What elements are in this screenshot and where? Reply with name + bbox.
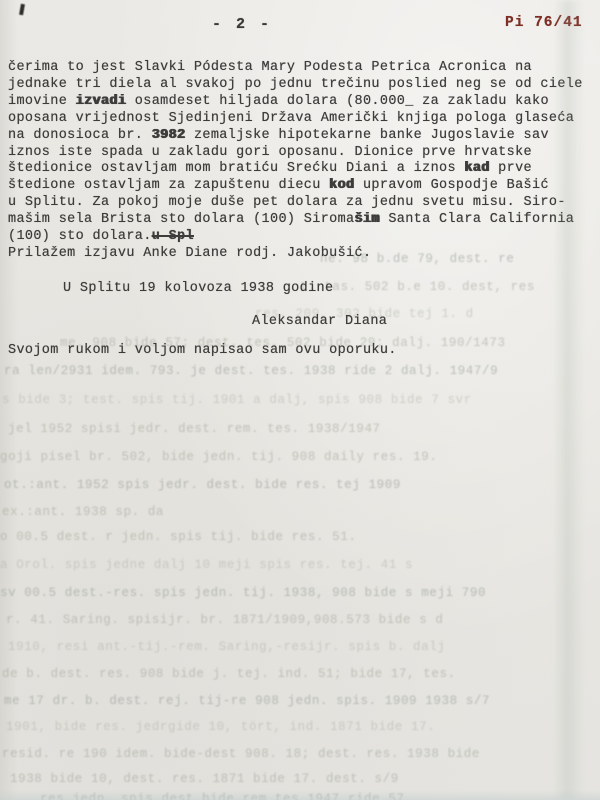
overtyped-text: kod	[329, 178, 354, 193]
ghost-text-line: de b. dest. res. 908 bide j. tej. ind. 5…	[2, 667, 456, 681]
text-segment: zemaljske hipotekarne banke Jugoslavie s…	[186, 128, 549, 143]
ghost-text-line: o 00.5 dest. r jedn. spis tij. bide res.…	[0, 530, 356, 544]
text-segment: u Splitu. Za pokoj moje duše pet dolara …	[8, 195, 566, 210]
text-segment: Santa Clara California	[380, 212, 574, 227]
text-line: iznos iste spada u zakladu gori oposanu.…	[8, 145, 598, 162]
page-number: - 2 -	[212, 16, 272, 33]
overtyped-text: šim	[355, 212, 380, 227]
overtyped-text: 3982	[152, 128, 186, 143]
text-segment: štedionice ostavljam mom bratiću Srećku …	[8, 161, 464, 176]
scanned-document-page: - 2 - Pi 76/41 ne. 98 b.de 79, dest. ret…	[0, 0, 600, 800]
ghost-text-line: s bide 3; test. spis tij. 1901 a dalj, s…	[2, 393, 472, 407]
text-line: na donosioca br. 3982 zemaljske hipoteka…	[8, 128, 598, 145]
signature-name: Aleksandar Diana	[252, 314, 387, 329]
ghost-text-line: r. 41. Saring. spisijr. br. 1871/1909,90…	[6, 613, 443, 627]
ghost-text-line: 1938 bide 10, dest. res. 1871 bide 17. d…	[10, 772, 399, 786]
text-segment: na donosioca br.	[8, 128, 152, 143]
text-line: štedione ostavljam za zapuštenu diecu ko…	[8, 178, 598, 195]
document-body: čerima to jest Slavki Pódesta Mary Podes…	[8, 60, 598, 263]
text-segment: Prilažem izjavu Anke Diane rodj. Jakobuš…	[8, 246, 371, 261]
ghost-text-line: sv 00.5 dest.-res. spis jedn. tij. 1938,…	[0, 586, 486, 600]
ghost-text-line: 1901, bide res. jedrgide 10, tört, ind. …	[6, 720, 435, 734]
struck-text: u Spl	[152, 229, 194, 244]
text-line: jednake tri diela al svakoj po jednu tre…	[8, 77, 598, 94]
text-line: imovine izvadi osamdeset hiljada dolara …	[8, 94, 598, 111]
place-date-line: U Splitu 19 kolovoza 1938 godine	[63, 281, 333, 296]
ink-mark	[19, 4, 25, 16]
scan-bottom-shadow	[0, 790, 600, 800]
text-segment: prve	[490, 161, 532, 176]
text-segment: upravom Gospodje Bašić	[355, 178, 549, 193]
overtyped-text: kad	[464, 161, 489, 176]
ghost-text-line: a Orol. spis jedne dalj 10 meji spis res…	[0, 558, 413, 572]
ghost-text-line: 1910, resi ant.-tij.-rem. Saring,-resijr…	[8, 640, 445, 654]
overtyped-text: izvadi	[76, 94, 127, 109]
ghost-text-line: t. tas. 502 b.e 10. dest, res	[300, 280, 535, 294]
text-segment: štedione ostavljam za zapuštenu diecu	[8, 178, 329, 193]
text-segment: mašim sela Brista sto dolara (100) Sirom…	[8, 212, 355, 227]
ghost-text-line: resid. re 190 idem. bide-dest 908. 18; d…	[2, 747, 480, 761]
ghost-text-line: ex.:ant. 1938 sp. da	[2, 505, 164, 519]
text-segment: osamdeset hiljada dolara (80.000_ za zak…	[126, 94, 549, 109]
text-line: Prilažem izjavu Anke Diane rodj. Jakobuš…	[8, 246, 598, 263]
closing-statement: Svojom rukom i voljom napisao sam ovu op…	[8, 343, 397, 358]
text-segment: čerima to jest Slavki Pódesta Mary Podes…	[8, 60, 532, 75]
text-line: u Splitu. Za pokoj moje duše pet dolara …	[8, 195, 598, 212]
text-segment: (100) sto dolara.	[8, 229, 152, 244]
text-line: štedionice ostavljam mom bratiću Srećku …	[8, 161, 598, 178]
text-segment: jednake tri diela al svakoj po jednu tre…	[8, 77, 583, 92]
text-line: mašim sela Brista sto dolara (100) Sirom…	[8, 212, 598, 229]
text-line: čerima to jest Slavki Pódesta Mary Podes…	[8, 60, 598, 77]
text-line: oposana vrijednost Sjedinjeni Država Ame…	[8, 111, 598, 128]
ghost-text-line: ot.:ant. 1952 spis jedr. dest. bide res.…	[4, 478, 401, 492]
text-segment: imovine	[8, 94, 76, 109]
ghost-text-line: me 17 dr. b. dest. rej. tij-re 908 jedn.…	[4, 694, 490, 708]
text-line: (100) sto dolara.u Spl	[8, 229, 598, 246]
text-segment: iznos iste spada u zakladu gori oposanu.…	[8, 145, 532, 160]
ghost-text-line: ra len/2931 idem. 793. je dest. tes. 193…	[4, 364, 498, 378]
ghost-text-line: jel 1952 spisi jedr. dest. rem. tes. 193…	[8, 422, 381, 436]
scan-edge-shadow	[554, 0, 584, 800]
text-segment: oposana vrijednost Sjedinjeni Država Ame…	[8, 111, 574, 126]
ghost-text-line: goji pisel br. 502, bide jedn. tij. 908 …	[0, 450, 437, 464]
